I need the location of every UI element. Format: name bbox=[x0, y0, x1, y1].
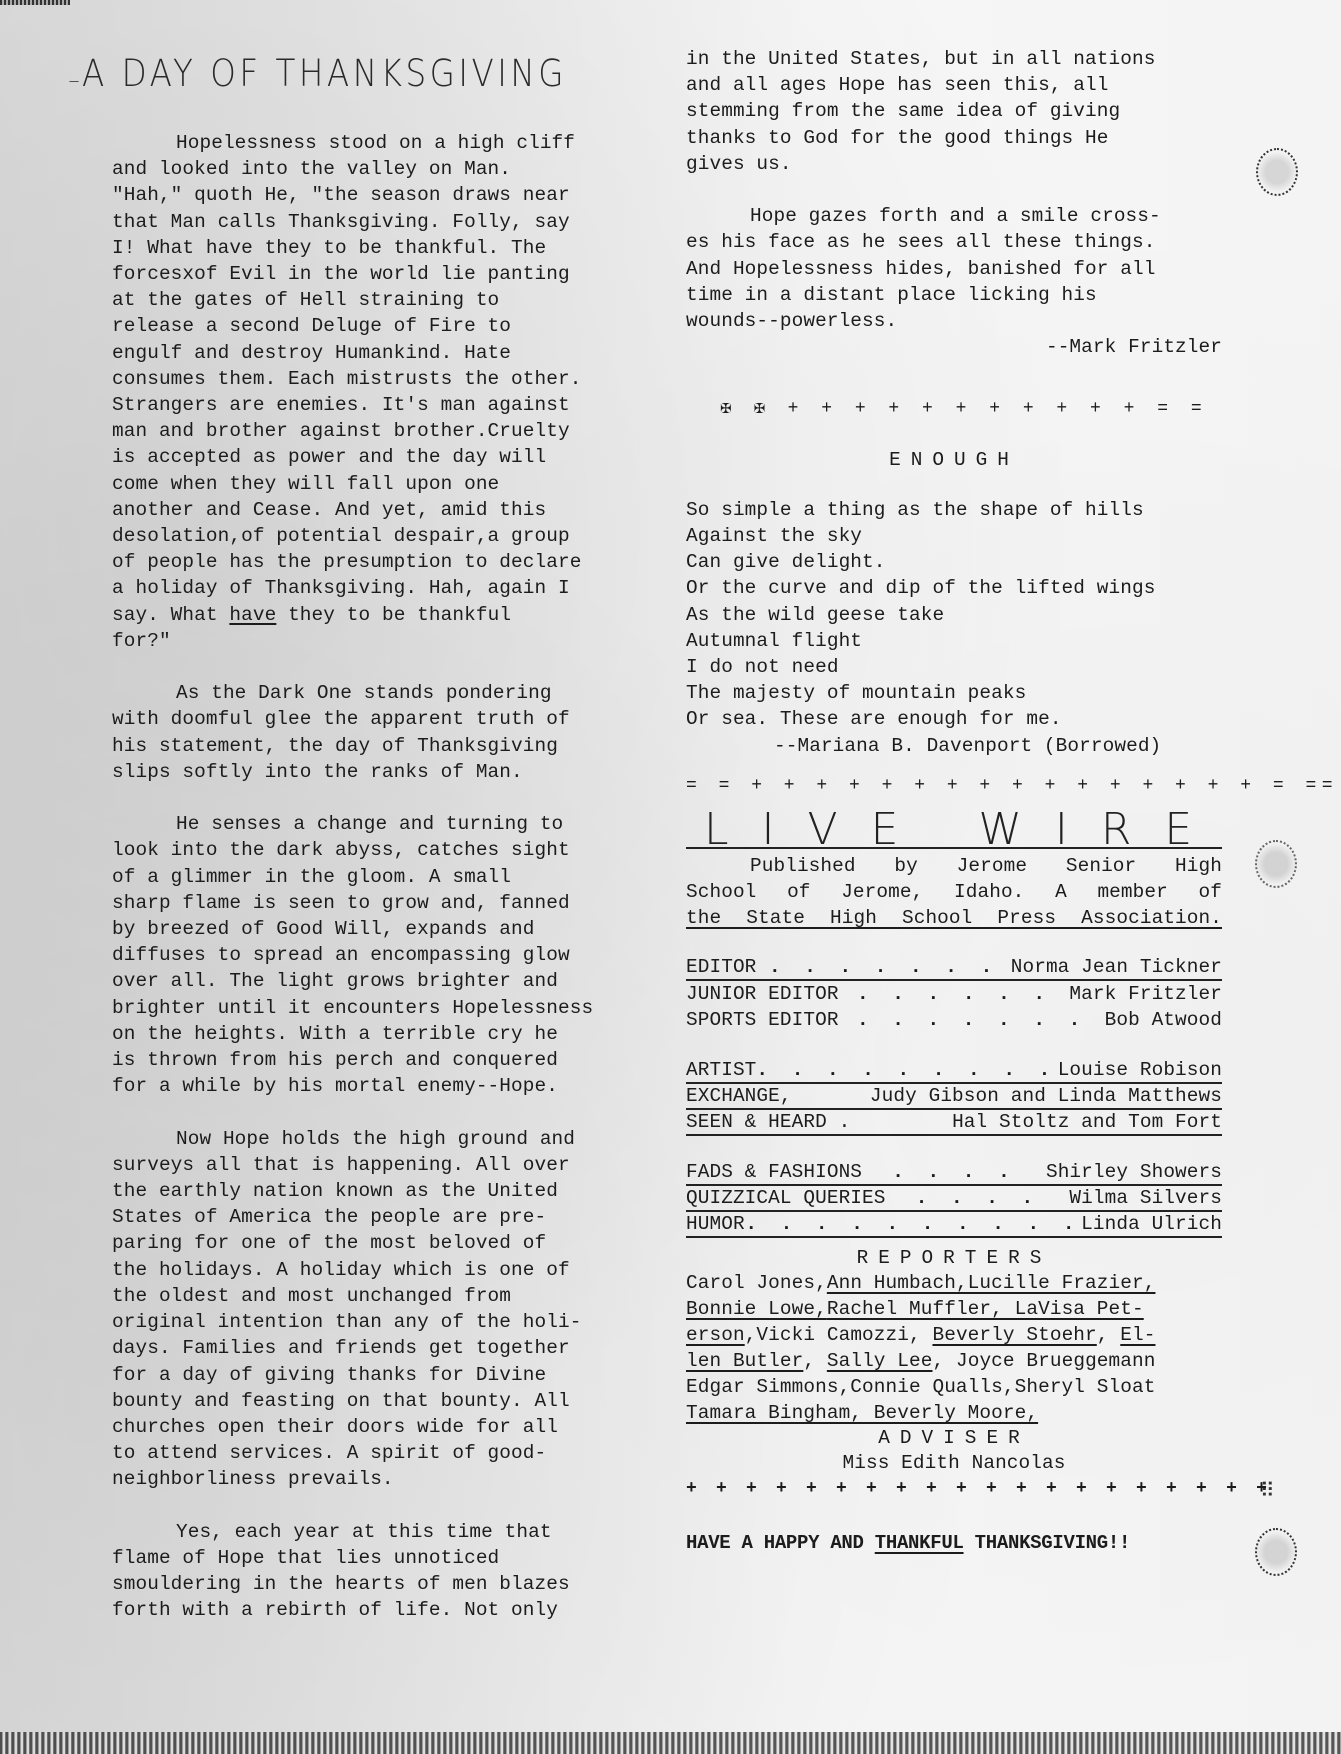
reporter-name: El- bbox=[1120, 1324, 1155, 1346]
staff-name: Hal Stoltz and Tom Fort bbox=[952, 1110, 1222, 1134]
text-line: States of America the people are pre- bbox=[112, 1204, 640, 1230]
poem-line: As the wild geese take bbox=[686, 602, 1222, 628]
staff-name: Judy Gibson and Linda Matthews bbox=[870, 1084, 1222, 1108]
reporters-line: Edgar Simmons,Connie Qualls,Sheryl Sloat bbox=[686, 1374, 1222, 1400]
poem-line: Or the curve and dip of the lifted wings bbox=[686, 575, 1222, 601]
text-line: forcesxof Evil in the world lie panting bbox=[112, 261, 640, 287]
text-line: flame of Hope that lies unnoticed bbox=[112, 1545, 640, 1571]
leader-dots bbox=[792, 1084, 870, 1108]
poem-line: Against the sky bbox=[686, 523, 1222, 549]
reporter-name: Sally Lee bbox=[827, 1350, 933, 1372]
staff-role: EDITOR bbox=[686, 955, 756, 979]
text-line: Yes, each year at this time that bbox=[112, 1519, 640, 1545]
text-line: I! What have they to be thankful. The bbox=[112, 235, 640, 261]
leader-dots: . . . . . . . bbox=[839, 1007, 1105, 1033]
text-line: his statement, the day of Thanksgiving bbox=[112, 733, 640, 759]
text-line: engulf and destroy Humankind. Hate bbox=[112, 340, 640, 366]
text-line: for?" bbox=[112, 628, 640, 654]
text-line: come when they will fall upon one bbox=[112, 471, 640, 497]
reporters-list: Carol Jones,Ann Humbach,Lucille Frazier,… bbox=[686, 1270, 1222, 1426]
publisher-line: the State High School Press Association. bbox=[686, 905, 1222, 931]
scanned-newsletter-page: ⠿ A DAY OF THANKSGIVING Hopelessness sto… bbox=[0, 0, 1341, 1754]
text-line: that Man calls Thanksgiving. Folly, say bbox=[112, 209, 640, 235]
text-line: And Hopelessness hides, banished for all bbox=[686, 256, 1222, 282]
publisher-line: Published by Jerome Senior High bbox=[686, 853, 1222, 879]
adviser-name: Miss Edith Nancolas bbox=[686, 1450, 1222, 1476]
reporter-name: Carol Jones, bbox=[686, 1272, 827, 1294]
staff-name: Bob Atwood bbox=[1105, 1007, 1222, 1033]
text-line: Strangers are enemies. It's man against bbox=[112, 392, 640, 418]
reporter-name: Edgar Simmons,Connie Qualls,Sheryl Sloat bbox=[686, 1376, 1155, 1398]
reporter-name: Beverly Stoehr bbox=[932, 1324, 1096, 1346]
text-line: a holiday of Thanksgiving. Hah, again I bbox=[112, 575, 640, 601]
publisher-line: School of Jerome, Idaho. A member of bbox=[686, 879, 1222, 905]
text-line: Hope gazes forth and a smile cross- bbox=[686, 203, 1222, 229]
closing-greeting-post: THANKSGIVING!! bbox=[964, 1532, 1131, 1554]
text-line: at the gates of Hell straining to bbox=[112, 287, 640, 313]
text-line: bounty and feasting on that bounty. All bbox=[112, 1388, 640, 1414]
text-line: the oldest and most unchanged from bbox=[112, 1283, 640, 1309]
staff-role: SPORTS EDITOR bbox=[686, 1007, 839, 1033]
reporter-name: erson bbox=[686, 1324, 745, 1346]
text-line: is thrown from his perch and conquered bbox=[112, 1047, 640, 1073]
scan-edge-bottom bbox=[0, 1732, 1341, 1754]
text-line: forth with a rebirth of life. Not only bbox=[112, 1597, 640, 1623]
text-line: man and brother against brother.Cruelty bbox=[112, 418, 640, 444]
ornament-divider-top: ✠ ✠ + + + + + + + + + + + = = bbox=[686, 396, 1222, 422]
leader-dots: . . . . . . . bbox=[756, 955, 1010, 979]
reporter-name: Bonnie Lowe, bbox=[686, 1298, 827, 1320]
poem-line: I do not need bbox=[686, 654, 1222, 680]
text-line: neighborliness prevails. bbox=[112, 1466, 640, 1492]
reporters-line: Bonnie Lowe,Rachel Muffler, LaVisa Pet- bbox=[686, 1296, 1222, 1322]
reporter-name: ,Vicki Camozzi, bbox=[745, 1324, 933, 1346]
closing-greeting: HAVE A HAPPY AND THANKFUL THANKSGIVING!! bbox=[686, 1530, 1222, 1556]
text-line: and all ages Hope has seen this, all bbox=[686, 72, 1222, 98]
text-line: over all. The light grows brighter and bbox=[112, 968, 640, 994]
article-paragraph: He senses a change and turning tolook in… bbox=[112, 811, 640, 1099]
staff-row: SEEN & HEARD .Hal Stoltz and Tom Fort bbox=[686, 1110, 1222, 1136]
text-line: release a second Deluge of Fire to bbox=[112, 313, 640, 339]
staff-listing: EDITOR. . . . . . .Norma Jean TicknerJUN… bbox=[686, 955, 1222, 1237]
reporters-heading: REPORTERS bbox=[686, 1246, 1222, 1270]
text-line: gives us. bbox=[686, 151, 1222, 177]
text-line: original intention than any of the holi- bbox=[112, 1309, 640, 1335]
text-line: Now Hope holds the high ground and bbox=[112, 1126, 640, 1152]
article-byline: --Mark Fritzler bbox=[686, 334, 1222, 360]
leader-dots: . . . . . . bbox=[839, 981, 1070, 1007]
text-line: for a while by his mortal enemy--Hope. bbox=[112, 1073, 640, 1099]
staff-row: SPORTS EDITOR. . . . . . .Bob Atwood bbox=[686, 1007, 1222, 1033]
staff-role: JUNIOR EDITOR bbox=[686, 981, 839, 1007]
reporter-name: , Joyce Brueggemann bbox=[933, 1350, 1156, 1372]
text-line: As the Dark One stands pondering bbox=[112, 680, 640, 706]
text-line: He senses a change and turning to bbox=[112, 811, 640, 837]
article-paragraph: in the United States, but in all nations… bbox=[686, 46, 1222, 177]
poem-line: The majesty of mountain peaks bbox=[686, 680, 1222, 706]
text-line: on the heights. With a terrible cry he bbox=[112, 1021, 640, 1047]
text-line: slips softly into the ranks of Man. bbox=[112, 759, 640, 785]
text-line: in the United States, but in all nations bbox=[686, 46, 1222, 72]
staff-row: HUMOR. . . . . . . . . .Linda Ulrich bbox=[686, 1212, 1222, 1238]
ornament-divider-bottom: + + + + + + + + + + + + + + + + + + + + bbox=[686, 1476, 1222, 1502]
reporter-name: , bbox=[1097, 1324, 1120, 1346]
staff-name: Mark Fritzler bbox=[1069, 981, 1222, 1007]
text-line: wounds--powerless. bbox=[686, 308, 1222, 334]
text-line: days. Families and friends get together bbox=[112, 1335, 640, 1361]
leader-dots: . . . . bbox=[862, 1160, 1046, 1184]
right-column: in the United States, but in all nations… bbox=[686, 46, 1222, 1556]
text-line: to attend services. A spirit of good- bbox=[112, 1440, 640, 1466]
text-line: desolation,of potential despair,a group bbox=[112, 523, 640, 549]
publisher-statement: Published by Jerome Senior High School o… bbox=[686, 853, 1222, 931]
text-line: another and Cease. And yet, amid this bbox=[112, 497, 640, 523]
text-line: the earthly nation known as the United bbox=[112, 1178, 640, 1204]
staff-row: FADS & FASHIONS. . . .Shirley Showers bbox=[686, 1160, 1222, 1186]
staff-role: EXCHANGE, bbox=[686, 1084, 792, 1108]
poem-line: Autumnal flight bbox=[686, 628, 1222, 654]
staff-role: HUMOR bbox=[686, 1212, 745, 1236]
text-line: of a glimmer in the gloom. A small bbox=[112, 864, 640, 890]
punch-hole-bottom bbox=[1255, 1528, 1297, 1576]
reporters-line: len Butler, Sally Lee, Joyce Brueggemann bbox=[686, 1348, 1222, 1374]
poem-line: Can give delight. bbox=[686, 549, 1222, 575]
poem-title: ENOUGH bbox=[686, 447, 1222, 473]
staff-role: ARTIST bbox=[686, 1058, 756, 1082]
staff-row: EDITOR. . . . . . .Norma Jean Tickner bbox=[686, 955, 1222, 981]
staff-name: Linda Ulrich bbox=[1081, 1212, 1222, 1236]
article-continuation: in the United States, but in all nations… bbox=[686, 46, 1222, 334]
text-line: by breezed of Good Will, expands and bbox=[112, 916, 640, 942]
poem-line: So simple a thing as the shape of hills bbox=[686, 497, 1222, 523]
leader-dots: . . . . . . . . . . bbox=[745, 1212, 1081, 1236]
reporter-name: len Butler bbox=[686, 1350, 803, 1372]
staff-group: ARTIST. . . . . . . . . .Louise RobisonE… bbox=[686, 1058, 1222, 1136]
reporter-name: Ann Humbach,Lucille Frazier, bbox=[827, 1272, 1156, 1294]
reporters-line: erson,Vicki Camozzi, Beverly Stoehr, El- bbox=[686, 1322, 1222, 1348]
staff-row: ARTIST. . . . . . . . . .Louise Robison bbox=[686, 1058, 1222, 1084]
article-paragraph: Hopelessness stood on a high cliffand lo… bbox=[112, 130, 640, 654]
text-line: stemming from the same idea of giving bbox=[686, 98, 1222, 124]
reporter-name: , bbox=[803, 1350, 826, 1372]
text-line: time in a distant place licking his bbox=[686, 282, 1222, 308]
masthead-title: LIVE WIRE bbox=[704, 817, 1222, 843]
text-line: smouldering in the hearts of men blazes bbox=[112, 1571, 640, 1597]
staff-name: Norma Jean Tickner bbox=[1011, 955, 1222, 979]
article-paragraph: Yes, each year at this time thatflame of… bbox=[112, 1519, 640, 1624]
text-line: the holidays. A holiday which is one of bbox=[112, 1257, 640, 1283]
text-line: consumes them. Each mistrusts the other. bbox=[112, 366, 640, 392]
text-line: look into the dark abyss, catches sight bbox=[112, 837, 640, 863]
staff-row: QUIZZICAL QUERIES. . . .Wilma Silvers bbox=[686, 1186, 1222, 1212]
ornament-divider-middle: = = + + + + + + + + + + + + + + + + = == bbox=[686, 773, 1222, 799]
staff-name: Shirley Showers bbox=[1046, 1160, 1222, 1184]
staff-name: Wilma Silvers bbox=[1069, 1186, 1222, 1210]
text-line: with doomful glee the apparent truth of bbox=[112, 706, 640, 732]
poem-credit: --Mariana B. Davenport (Borrowed) bbox=[686, 733, 1222, 759]
staff-row: EXCHANGE,Judy Gibson and Linda Matthews bbox=[686, 1084, 1222, 1110]
staff-row: JUNIOR EDITOR. . . . . .Mark Fritzler bbox=[686, 981, 1222, 1007]
article-paragraph: Now Hope holds the high ground andsurvey… bbox=[112, 1126, 640, 1493]
text-line: paring for one of the most beloved of bbox=[112, 1230, 640, 1256]
article-paragraph: As the Dark One stands ponderingwith doo… bbox=[112, 680, 640, 785]
reporters-line: Tamara Bingham, Beverly Moore, bbox=[686, 1400, 1222, 1426]
text-line: of people has the presumption to declare bbox=[112, 549, 640, 575]
text-line: Hopelessness stood on a high cliff bbox=[112, 130, 640, 156]
emphasized-word: have bbox=[229, 604, 276, 626]
text-line: "Hah," quoth He, "the season draws near bbox=[112, 182, 640, 208]
staff-role: FADS & FASHIONS bbox=[686, 1160, 862, 1184]
staff-role: QUIZZICAL QUERIES bbox=[686, 1186, 886, 1210]
reporter-name: Rachel Muffler, LaVisa Pet- bbox=[827, 1298, 1144, 1320]
text-line: brighter until it encounters Hopelessnes… bbox=[112, 995, 640, 1021]
leader-dots bbox=[850, 1110, 952, 1134]
adviser-heading: ADVISER bbox=[686, 1426, 1222, 1450]
staff-name: Louise Robison bbox=[1058, 1058, 1222, 1082]
punch-hole-top bbox=[1256, 148, 1298, 196]
poem-body: So simple a thing as the shape of hillsA… bbox=[686, 497, 1222, 733]
staff-group: EDITOR. . . . . . .Norma Jean TicknerJUN… bbox=[686, 955, 1222, 1033]
text-line: and looked into the valley on Man. bbox=[112, 156, 640, 182]
reporter-name: Tamara Bingham, Beverly Moore, bbox=[686, 1402, 1038, 1424]
closing-greeting-pre: HAVE A HAPPY AND bbox=[686, 1532, 875, 1554]
poem-line: Or sea. These are enough for me. bbox=[686, 706, 1222, 732]
article-title: A DAY OF THANKSGIVING bbox=[82, 52, 584, 95]
article-paragraph: Hope gazes forth and a smile cross-es hi… bbox=[686, 203, 1222, 334]
text-line: churches open their doors wide for all bbox=[112, 1414, 640, 1440]
text-line: say. What have they to be thankful bbox=[112, 602, 640, 628]
staff-role: SEEN & HEARD . bbox=[686, 1110, 850, 1134]
text-line: es his face as he sees all these things. bbox=[686, 229, 1222, 255]
leader-dots: . . . . . . . . . . bbox=[756, 1058, 1057, 1082]
text-line: diffuses to spread an encompassing glow bbox=[112, 942, 640, 968]
leader-dots: . . . . bbox=[886, 1186, 1070, 1210]
text-line: is accepted as power and the day will bbox=[112, 444, 640, 470]
text-line: surveys all that is happening. All over bbox=[112, 1152, 640, 1178]
text-line: for a day of giving thanks for Divine bbox=[112, 1362, 640, 1388]
reporters-line: Carol Jones,Ann Humbach,Lucille Frazier, bbox=[686, 1270, 1222, 1296]
text-line: sharp flame is seen to grow and, fanned bbox=[112, 890, 640, 916]
punch-hole-middle bbox=[1255, 840, 1297, 888]
closing-greeting-emphasis: THANKFUL bbox=[875, 1532, 964, 1554]
scan-edge-top bbox=[0, 0, 70, 5]
text-line: thanks to God for the good things He bbox=[686, 125, 1222, 151]
staff-group: FADS & FASHIONS. . . .Shirley ShowersQUI… bbox=[686, 1160, 1222, 1238]
left-column-article: Hopelessness stood on a high cliffand lo… bbox=[112, 130, 640, 1650]
